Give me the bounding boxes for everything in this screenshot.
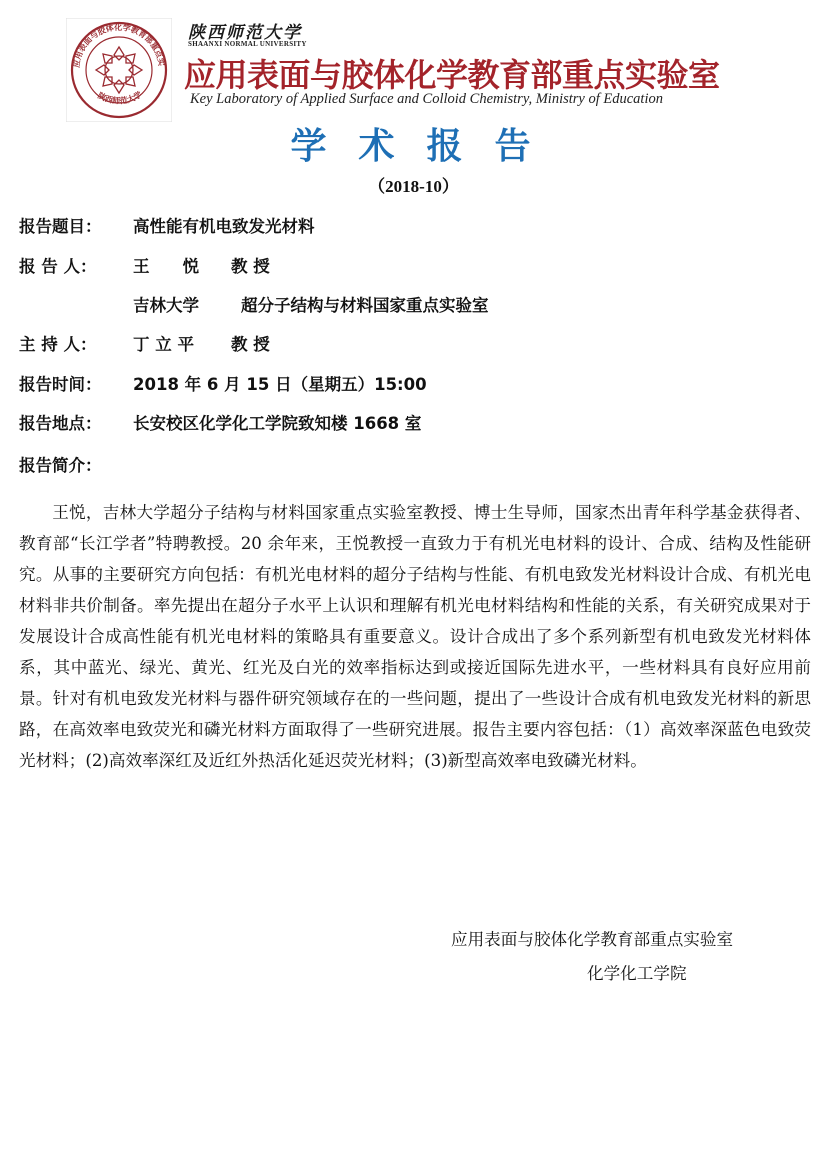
signature-school: 化学化工学院 [587, 960, 687, 984]
location-value: 长安校区化学化工学院致知楼 1668 室 [133, 410, 421, 434]
topic-value: 高性能有机电致发光材料 [133, 213, 315, 237]
lab-logo: 应用表面与胶体化学教育部重点实验室 陕西师范大学 [66, 18, 172, 122]
lab-seal-icon: 应用表面与胶体化学教育部重点实验室 陕西师范大学 [66, 18, 172, 122]
lab-name-cn: 应用表面与胶体化学教育部重点实验室 [184, 50, 720, 96]
location-label: 报告地点： [19, 410, 102, 434]
time-label: 报告时间： [19, 371, 102, 395]
abstract-label: 报告简介： [19, 452, 102, 476]
signature-lab: 应用表面与胶体化学教育部重点实验室 [451, 926, 733, 950]
abstract-paragraph: 王悦，吉林大学超分子结构与材料国家重点实验室教授、博士生导师，国家杰出青年科学基… [19, 497, 811, 776]
speaker-name: 王 悦 [133, 253, 199, 277]
host-title: 教 授 [231, 331, 270, 355]
abstract-body: 王悦，吉林大学超分子结构与材料国家重点实验室教授、博士生导师，国家杰出青年科学基… [19, 497, 811, 776]
speaker-affiliation: 吉林大学 [133, 292, 199, 316]
university-name-en: SHAANXI NORMAL UNIVERSITY [188, 40, 307, 48]
report-number: （2018-10） [0, 172, 827, 197]
host-label: 主 持 人： [19, 331, 97, 355]
speaker-title: 教 授 [231, 253, 270, 277]
speaker-lab: 超分子结构与材料国家重点实验室 [241, 292, 489, 316]
host-name: 丁 立 平 [133, 331, 194, 355]
time-value: 2018 年 6 月 15 日（星期五）15:00 [133, 371, 427, 395]
speaker-label: 报 告 人： [19, 253, 97, 277]
topic-label: 报告题目： [19, 213, 102, 237]
lab-name-en: Key Laboratory of Applied Surface and Co… [190, 91, 663, 108]
page-title: 学术报告 [0, 118, 827, 169]
